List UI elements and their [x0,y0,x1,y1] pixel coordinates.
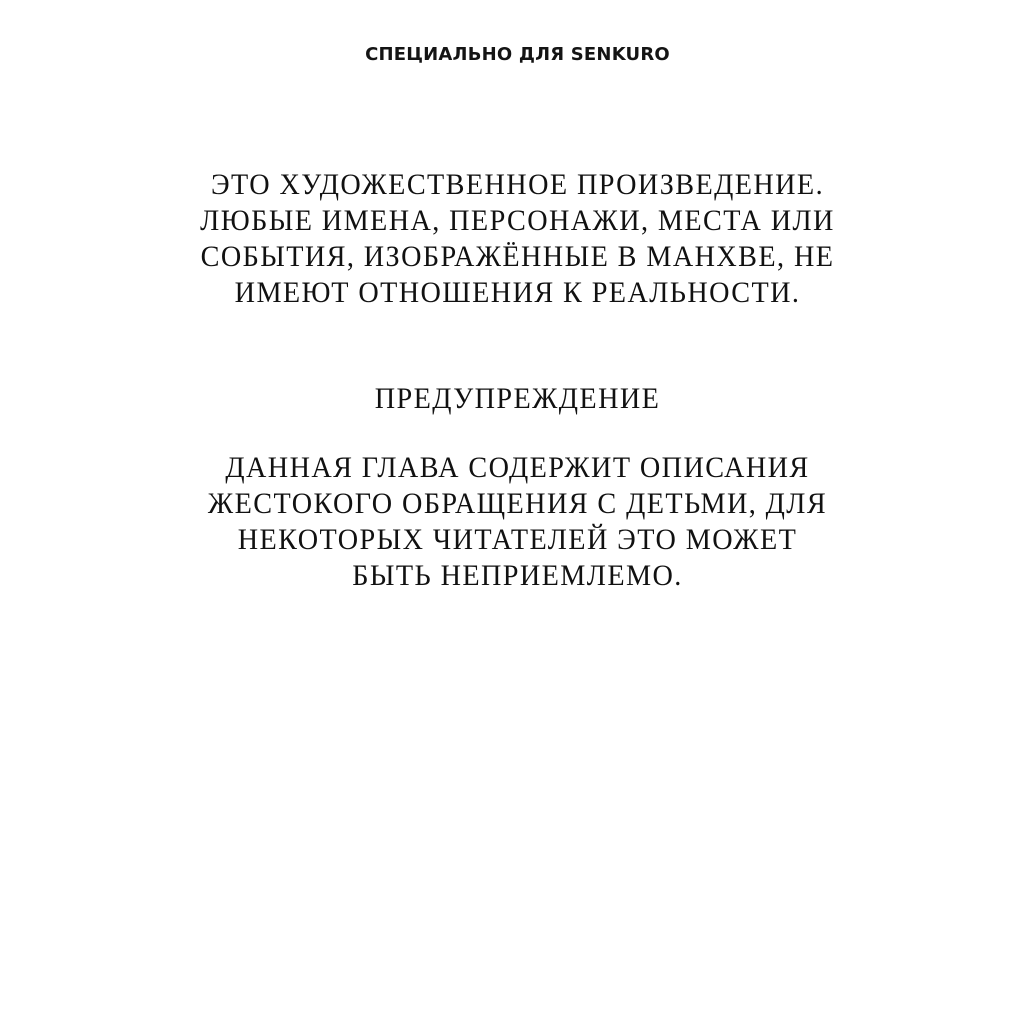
fiction-disclaimer: ЭТО ХУДОЖЕСТВЕННОЕ ПРОИЗВЕДЕНИЕ. ЛЮБЫЕ И… [31,167,1004,311]
disclaimer-line: ЛЮБЫЕ ИМЕНА, ПЕРСОНАЖИ, МЕСТА ИЛИ [31,203,1004,239]
warning-line: ЖЕСТОКОГО ОБРАЩЕНИЯ С ДЕТЬМИ, ДЛЯ [31,486,1004,522]
warning-line: БЫТЬ НЕПРИЕМЛЕМО. [31,558,1004,594]
content-warning: ДАННАЯ ГЛАВА СОДЕРЖИТ ОПИСАНИЯ ЖЕСТОКОГО… [31,450,1004,594]
translator-credit: СПЕЦИАЛЬНО ДЛЯ SENKURO [0,43,1035,67]
disclaimer-line: ЭТО ХУДОЖЕСТВЕННОЕ ПРОИЗВЕДЕНИЕ. [31,167,1004,203]
warning-heading: ПРЕДУПРЕЖДЕНИЕ [31,381,1004,417]
disclaimer-line: СОБЫТИЯ, ИЗОБРАЖЁННЫЕ В МАНХВЕ, НЕ [31,239,1004,275]
warning-line: НЕКОТОРЫХ ЧИТАТЕЛЕЙ ЭТО МОЖЕТ [31,522,1004,558]
warning-line: ДАННАЯ ГЛАВА СОДЕРЖИТ ОПИСАНИЯ [31,450,1004,486]
disclaimer-line: ИМЕЮТ ОТНОШЕНИЯ К РЕАЛЬНОСТИ. [31,275,1004,311]
